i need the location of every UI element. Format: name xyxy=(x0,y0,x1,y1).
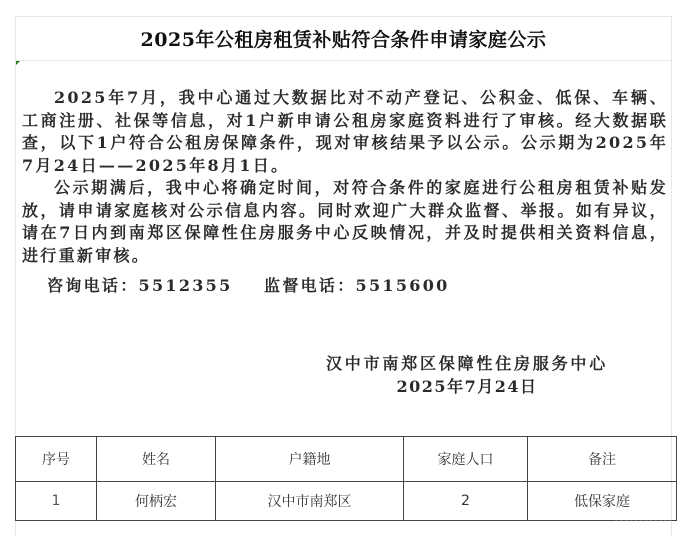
supervise-phone: 5515600 xyxy=(356,276,450,295)
title-bar: 2025年公租房租赁补贴符合条件申请家庭公示 xyxy=(16,17,671,61)
header-household-registration: 户籍地 xyxy=(216,437,404,482)
consult-label: 咨询电话： xyxy=(47,276,139,295)
cell-family-size: 2 xyxy=(404,482,528,521)
table-row: 1 何柄宏 汉中市南郑区 2 低保家庭 xyxy=(16,482,677,521)
document-title: 2025年公租房租赁补贴符合条件申请家庭公示 xyxy=(141,25,547,52)
supervise-label: 监督电话： xyxy=(264,276,356,295)
header-name: 姓名 xyxy=(97,437,216,482)
consult-phone: 5512355 xyxy=(139,276,233,295)
header-family-size: 家庭人口 xyxy=(404,437,528,482)
notice-body: 2025年7月，我中心通过大数据比对不动产登记、公积金、低保、车辆、工商注册、社… xyxy=(22,87,668,267)
cell-name: 何柄宏 xyxy=(97,482,216,521)
cell-household-registration: 汉中市南郑区 xyxy=(216,482,404,521)
signature-date: 2025年7月24日 xyxy=(326,375,608,398)
contact-line: 咨询电话：5512355 监督电话：5515600 xyxy=(47,273,450,296)
cell-corner-marker xyxy=(16,61,20,65)
signature-organization: 汉中市南郑区保障性住房服务中心 xyxy=(326,354,608,373)
paragraph-2: 公示期满后，我中心将确定时间，对符合条件的家庭进行公租房租赁补贴发放，请申请家庭… xyxy=(22,177,668,267)
applicant-table: 序号 姓名 户籍地 家庭人口 备注 1 何柄宏 汉中市南郑区 2 低保家庭 xyxy=(15,436,677,521)
contact-spacer xyxy=(233,276,264,295)
page-break-dash xyxy=(615,520,672,521)
header-remarks: 备注 xyxy=(528,437,677,482)
cell-index: 1 xyxy=(16,482,97,521)
paragraph-1: 2025年7月，我中心通过大数据比对不动产登记、公积金、低保、车辆、工商注册、社… xyxy=(22,87,668,177)
table-header-row: 序号 姓名 户籍地 家庭人口 备注 xyxy=(16,437,677,482)
cell-remarks: 低保家庭 xyxy=(528,482,677,521)
signature-block: 汉中市南郑区保障性住房服务中心 2025年7月24日 xyxy=(326,352,608,398)
header-index: 序号 xyxy=(16,437,97,482)
